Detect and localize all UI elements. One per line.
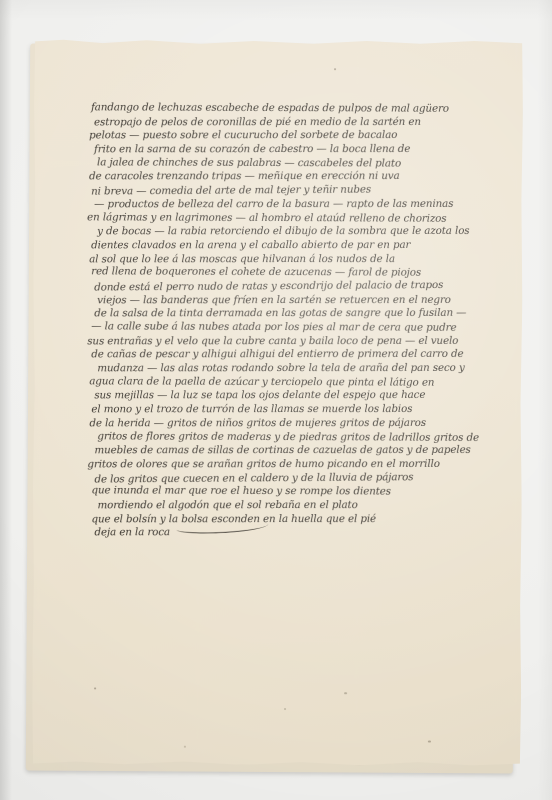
photo-backdrop: fandango de lechuzas escabeche de espada… <box>0 0 552 800</box>
manuscript-line: gritos de olores que se arañan gritos de… <box>87 458 486 472</box>
manuscript-line: sus entrañas y el velo que la cubre cant… <box>87 334 486 348</box>
manuscript-paper: fandango de lechuzas escabeche de espada… <box>32 39 523 766</box>
manuscript-line: que inunda el mar que roe el hueso y se … <box>91 484 486 499</box>
manuscript-line: que el bolsín y la bolsa esconden en la … <box>91 512 486 526</box>
manuscript-line: frito en la sarna de su corazón de cabes… <box>94 143 486 157</box>
manuscript-line: y de bocas — la rabia retorciendo el dib… <box>97 225 486 239</box>
manuscript-line: dientes clavados en la arena y el caball… <box>91 239 486 253</box>
manuscript-line: deja en la roca <box>95 526 487 540</box>
manuscript-line: mudanza — las alas rotas rodando sobre l… <box>97 362 486 376</box>
manuscript-text: fandango de lechuzas escabeche de espada… <box>91 102 487 540</box>
manuscript-line: mordiendo el algodón que el sol rebaña e… <box>97 499 486 513</box>
photo-of-manuscript: { "colors": { "backdrop": "#f0f0ee", "pa… <box>0 0 552 800</box>
manuscript-line: viejos — las banderas que fríen en la sa… <box>97 293 486 307</box>
manuscript-line: — la calle sube á las nubes atada por lo… <box>91 320 486 335</box>
paper-speck <box>344 692 347 694</box>
paper-speck <box>184 746 186 748</box>
pen-flourish <box>176 524 268 535</box>
manuscript-line: de cañas de pescar y alhigui alhigui del… <box>91 348 486 362</box>
paper-speck <box>428 740 431 742</box>
manuscript-line: agua clara de la paella de azúcar y terc… <box>89 375 486 390</box>
manuscript-line: gritos de flores gritos de maderas y de … <box>97 430 486 445</box>
paper-speck <box>334 68 336 70</box>
manuscript-line: fandango de lechuzas escabeche de espada… <box>91 101 486 116</box>
paper-speck <box>94 687 96 689</box>
manuscript-line: al sol que lo lee á las moscas que hilva… <box>89 252 486 266</box>
manuscript-line: en lágrimas y en lagrimones — al hombro … <box>87 211 486 226</box>
manuscript-line: sus mejillas — la luz se tapa los ojos d… <box>94 389 486 403</box>
manuscript-line: — productos de belleza del carro de la b… <box>94 198 486 212</box>
manuscript-line: la jalea de chinches de sus palabras — c… <box>97 156 486 171</box>
manuscript-line: de la salsa de la tinta derramada en las… <box>94 307 486 321</box>
manuscript-line: muebles de camas de sillas de cortinas d… <box>94 444 486 458</box>
manuscript-line: donde está el perro nudo de ratas y esco… <box>94 279 486 296</box>
manuscript-line: el mono y el trozo de turrón de las llam… <box>91 403 486 417</box>
manuscript-line: de la herida — gritos de niños gritos de… <box>89 417 486 431</box>
manuscript-line: estropajo de pelos de coronillas de pié … <box>94 115 486 129</box>
manuscript-line: pelotas — puesto sobre el cucurucho del … <box>89 129 486 143</box>
manuscript-line-text: deja en la roca <box>95 526 171 538</box>
paper-speck <box>284 708 286 710</box>
